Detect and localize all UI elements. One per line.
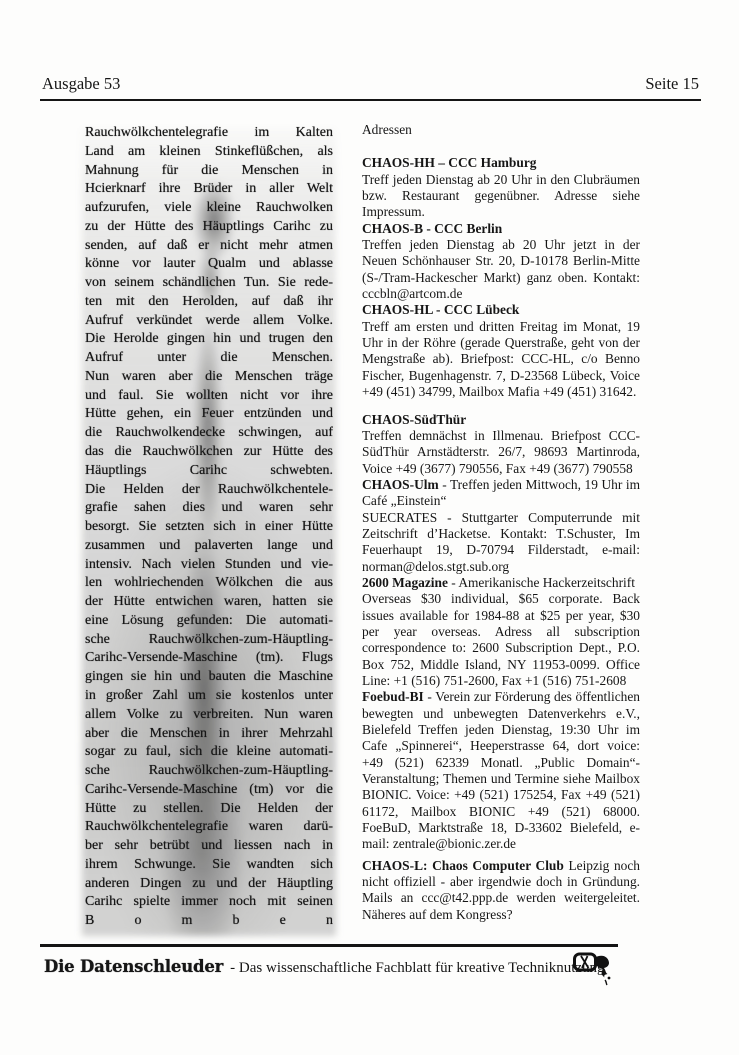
issue-label: Ausgabe 53 xyxy=(42,74,120,94)
story-line: zu der Hütte des Häuptlings Carihc zu xyxy=(85,218,333,237)
entry-heading: CHAOS-HL - CCC Lübeck xyxy=(362,302,640,318)
story-line: aber die Menschen in ihrer Mehrzahl xyxy=(85,725,333,744)
story-line: sche Rauchwölkchen-zum-Häuptling- xyxy=(85,762,333,781)
story-line: senden, auf daß er nicht mehr atmen xyxy=(85,237,333,256)
story-line: Carihc-Versende-Maschine (tm) vor die xyxy=(85,781,333,800)
story-line: sogar zu faul, sich die kleine automati- xyxy=(85,743,333,762)
address-entry: CHAOS-HH – CCC HamburgTreff jeden Dienst… xyxy=(362,155,640,220)
story-column: Rauchwölkchentelegrafie im Kalten Land a… xyxy=(85,124,333,931)
story-line: Hütte gehen, ein Feuer entzünden und xyxy=(85,405,333,424)
story-line: Land am kleinen Stinkeflüßchen, als xyxy=(85,143,333,162)
entry-body: Treff am ersten und dritten Freitag im M… xyxy=(362,319,640,399)
page-footer: Die Datenschleuder - Das wissenschaftlic… xyxy=(44,957,604,977)
entry-body: Treff jeden Dienstag ab 20 Uhr in den Cl… xyxy=(362,172,640,220)
story-line: in großer Zahl um sie kostenlos unter xyxy=(85,687,333,706)
story-line: Aufruf unter die Menschen. xyxy=(85,349,333,368)
addresses-list: CHAOS-HH – CCC HamburgTreff jeden Dienst… xyxy=(362,155,640,923)
story-line: eine Lösung gefunden: Die automati- xyxy=(85,612,333,631)
story-line: zusammen und palaverten lange und xyxy=(85,537,333,556)
story-line: Aufruf verkündet werde allem Volke. xyxy=(85,312,333,331)
address-entry: Foebud-BI - Verein zur Förderung des öff… xyxy=(362,689,640,852)
entry-body: - Amerikanische Hackerzeitschrift xyxy=(448,575,635,590)
datenschleuder-logo-icon xyxy=(572,949,618,993)
address-entry: CHAOS-HL - CCC LübeckTreff am ersten und… xyxy=(362,302,640,400)
footer-rule xyxy=(40,944,618,947)
entry-heading: 2600 Magazine xyxy=(362,575,448,590)
entry-body: Treffen demnächst in Illmenau. Briefpost… xyxy=(362,428,640,476)
story-line: das die Rauchwölkchen zur Hütte des xyxy=(85,443,333,462)
story-line: Hcierknarf ihre Brüder in aller Welt xyxy=(85,180,333,199)
story-line: Häuptlings Carihc schwebten. xyxy=(85,462,333,481)
magazine-brand: Die Datenschleuder xyxy=(44,957,223,976)
story-line: aufzurufen, viele kleine Rauchwolken xyxy=(85,199,333,218)
story-line: Carihc-Versende-Maschine (tm). Flugs xyxy=(85,649,333,668)
story-line: ber sehr betrübt und liessen nach in xyxy=(85,837,333,856)
address-entry: CHAOS-B - CCC BerlinTreffen jeden Dienst… xyxy=(362,221,640,303)
addresses-column: Adressen CHAOS-HH – CCC HamburgTreff jed… xyxy=(362,122,640,923)
entry-heading: CHAOS-B - CCC Berlin xyxy=(362,221,640,237)
story-line: B o m b e n xyxy=(85,912,333,931)
magazine-tagline: - Das wissenschaftliche Fachblatt für kr… xyxy=(230,960,604,977)
address-entry: CHAOS-L: Chaos Computer Club Leipzig noc… xyxy=(362,858,640,923)
story-line: ten mit den Herolden, auf daß ihr xyxy=(85,293,333,312)
story-line: ihrem Schwunge. Sie wandten sich xyxy=(85,856,333,875)
entry-body: Treffen jeden Dienstag ab 20 Uhr jetzt i… xyxy=(362,237,640,301)
story-line: gingen sie hin und bauten die Maschine xyxy=(85,668,333,687)
story-line: Mahnung für die Menschen in xyxy=(85,162,333,181)
story-line: allem Volke zu verbreiten. Nun waren xyxy=(85,706,333,725)
address-entry: SUECRATES - Stuttgarter Computerrunde mi… xyxy=(362,510,640,575)
entry-heading: Foebud-BI xyxy=(362,689,424,704)
scanned-magazine-page: Ausgabe 53 Seite 15 Rauchwölkchentelegra… xyxy=(0,0,739,1055)
entry-heading: CHAOS-SüdThür xyxy=(362,412,640,428)
story-line: grafie sahen dies und waren sehr xyxy=(85,499,333,518)
entry-body: SUECRATES - Stuttgarter Computerrunde mi… xyxy=(362,510,640,574)
story-line: sche Rauchwölkchen-zum-Häuptling- xyxy=(85,631,333,650)
entry-body: - Verein zur Förderung des öffentlichen … xyxy=(362,689,640,851)
address-entry: Overseas $30 individual, $65 corporate. … xyxy=(362,591,640,689)
page-header: Ausgabe 53 Seite 15 xyxy=(42,74,699,94)
story-line: Die Helden der Rauchwölkchentele- xyxy=(85,481,333,500)
story-line: Rauchwölkchentelegrafie waren darü- xyxy=(85,818,333,837)
header-rule xyxy=(40,99,701,101)
address-entry: CHAOS-Ulm - Treffen jeden Mittwoch, 19 U… xyxy=(362,477,640,510)
entry-heading: CHAOS-Ulm xyxy=(362,477,439,492)
story-line: könne vor lauter Qualm und ablasse xyxy=(85,255,333,274)
address-entry: CHAOS-SüdThürTreffen demnächst in Illmen… xyxy=(362,412,640,477)
story-line: intensiv. Nach vielen Stunden und vie- xyxy=(85,556,333,575)
story-line: Die Herolde gingen hin und trugen den xyxy=(85,330,333,349)
story-line: Nun waren aber die Menschen träge xyxy=(85,368,333,387)
address-entry: 2600 Magazine - Amerikanische Hackerzeit… xyxy=(362,575,640,591)
story-line: besorgt. Sie setzten sich in einer Hütte xyxy=(85,518,333,537)
story-line: und faul. Sie wollten nicht vor ihre xyxy=(85,387,333,406)
story-line: die Rauchwolkendecke schwingen, auf xyxy=(85,424,333,443)
entry-heading: CHAOS-L: Chaos Computer Club xyxy=(362,858,564,873)
addresses-title: Adressen xyxy=(362,122,640,138)
story-line: anderen Dingen zu und der Häuptling xyxy=(85,875,333,894)
story-line: der Hütte entwichen waren, hatten sie xyxy=(85,593,333,612)
story-line: von seinem schändlichen Tun. Sie rede- xyxy=(85,274,333,293)
story-line: Hütte zu stellen. Die Helden der xyxy=(85,800,333,819)
page-number-label: Seite 15 xyxy=(645,74,699,94)
story-line: Rauchwölkchentelegrafie im Kalten xyxy=(85,124,333,143)
story-line: len wohlriechenden Wölkchen die aus xyxy=(85,574,333,593)
story-line: Carihc spielte immer noch mit seinen xyxy=(85,893,333,912)
entry-heading: CHAOS-HH – CCC Hamburg xyxy=(362,155,640,171)
entry-body: Overseas $30 individual, $65 corporate. … xyxy=(362,591,640,688)
